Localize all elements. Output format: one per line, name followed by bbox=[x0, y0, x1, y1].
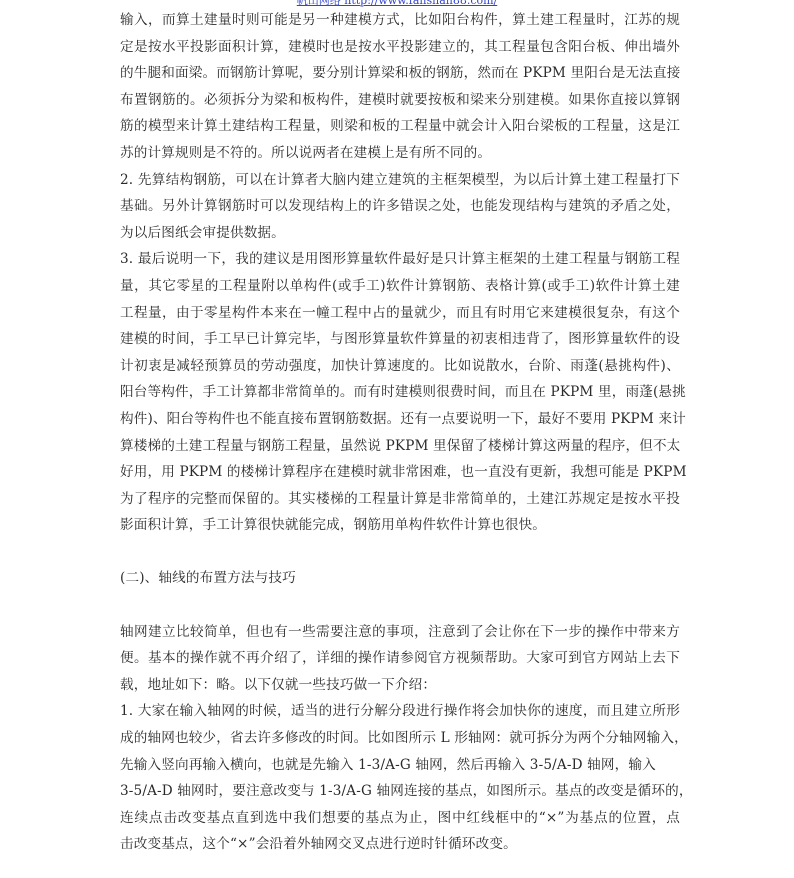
paragraph-point-3: 3. 最后说明一下，我的建议是用图形算量软件最好是只计算主框架的土建工程量与钢筋… bbox=[120, 246, 680, 539]
text-line: 的牛腿和面梁。而钢筋计算呢，要分别计算梁和板的钢筋，然而在 PKPM 里阳台是无… bbox=[120, 60, 680, 87]
section-heading: (二)、轴线的布置方法与技巧 bbox=[120, 565, 680, 592]
text-line: 输入，而算土建量时则可能是另一种建模方式，比如阳台构件，算土建工程量时，江苏的规 bbox=[120, 7, 680, 34]
text-line: 影面积计算，手工计算很快就能完成，钢筋用单构件软件计算也很快。 bbox=[120, 512, 680, 539]
text-line: 计初衷是减轻预算员的劳动强度，加快计算速度的。比如说散水，台阶、雨蓬(悬挑构件)… bbox=[120, 353, 680, 380]
text-line: 建模的时间，手工早已计算完毕，与图形算量软件算量的初衷相违背了，图形算量软件的设 bbox=[120, 326, 680, 353]
text-line: 3. 最后说明一下，我的建议是用图形算量软件最好是只计算主框架的土建工程量与钢筋… bbox=[120, 246, 680, 273]
text-line: 1. 大家在输入轴网的时候，适当的进行分解分段进行操作将会加快你的速度，而且建立… bbox=[120, 698, 680, 725]
text-line: 击改变基点，这个“×”会沿着外轴网交叉点进行逆时针循环改变。 bbox=[120, 831, 680, 858]
paragraph-axis-tip-1: 1. 大家在输入轴网的时候，适当的进行分解分段进行操作将会加快你的速度，而且建立… bbox=[120, 698, 680, 858]
text-line: 定是按水平投影面积计算，建模时也是按水平投影建立的，其工程量包含阳台板、伸出墙外 bbox=[120, 34, 680, 61]
text-line: 先输入竖向再输入横向，也就是先输入 1-3/A-G 轴网，然后再输入 3-5/A… bbox=[120, 752, 680, 779]
text-line: 构件)、阳台等构件也不能直接布置钢筋数据。还有一点要说明一下，最好不要用 PKP… bbox=[120, 406, 680, 433]
text-line: 布置钢筋的。必须拆分为梁和板构件，建模时就要按板和梁来分别建模。如果你直接以算钢 bbox=[120, 87, 680, 114]
text-line: 连续点击改变基点直到选中我们想要的基点为止，图中红线框中的“×”为基点的位置，点 bbox=[120, 805, 680, 832]
text-line: 阳台等构件，手工计算都非常简单的。而有时建模则很费时间，而且在 PKPM 里，雨… bbox=[120, 379, 680, 406]
text-line: 为以后图纸会审提供数据。 bbox=[120, 220, 680, 247]
text-line: 筋的模型来计算土建结构工程量，则梁和板的工程量中就会计入阳台梁板的工程量，这是江 bbox=[120, 113, 680, 140]
document-body: 输入，而算土建量时则可能是另一种建模方式，比如阳台构件，算土建工程量时，江苏的规… bbox=[120, 7, 680, 858]
text-line: 苏的计算规则是不符的。所以说两者在建模上是有所不同的。 bbox=[120, 140, 680, 167]
text-line: 工程量，由于零星构件本来在一幢工程中占的量就少，而且有时用它来建模很复杂，有这个 bbox=[120, 300, 680, 327]
text-line: 3-5/A-D 轴网时，要注意改变与 1-3/A-G 轴网连接的基点，如图所示。… bbox=[120, 778, 680, 805]
text-line: 便。基本的操作就不再介绍了，详细的操作请参阅官方视频帮助。大家可到官方网站上去下 bbox=[120, 645, 680, 672]
text-line: 轴网建立比较简单，但也有一些需要注意的事项，注意到了会让你在下一步的操作中带来方 bbox=[120, 619, 680, 646]
text-line: 量，其它零星的工程量附以单构件(或手工)软件计算钢筋、表格计算(或手工)软件计算… bbox=[120, 273, 680, 300]
text-line: 算楼梯的土建工程量与钢筋工程量，虽然说 PKPM 里保留了楼梯计算这两量的程序，… bbox=[120, 433, 680, 460]
spacer bbox=[120, 539, 680, 566]
text-line: 成的轴网也较少，省去许多修改的时间。比如图所示 L 形轴网：就可拆分为两个分轴网… bbox=[120, 725, 680, 752]
text-line: 好用，用 PKPM 的楼梯计算程序在建模时就非常困难，也一直没有更新，我想可能是… bbox=[120, 459, 680, 486]
paragraph-axis-intro: 轴网建立比较简单，但也有一些需要注意的事项，注意到了会让你在下一步的操作中带来方… bbox=[120, 619, 680, 699]
paragraph-balcony-modeling: 输入，而算土建量时则可能是另一种建模方式，比如阳台构件，算土建工程量时，江苏的规… bbox=[120, 7, 680, 167]
text-line: 为了程序的完整而保留的。其实楼梯的工程量计算是非常简单的，土建江苏规定是按水平投 bbox=[120, 486, 680, 513]
text-line: 2. 先算结构钢筋，可以在计算者大脑内建立建筑的主框架模型，为以后计算土建工程量… bbox=[120, 167, 680, 194]
text-line: 基础。另外计算钢筋时可以发现结构上的许多错误之处，也能发现结构与建筑的矛盾之处， bbox=[120, 193, 680, 220]
paragraph-point-2: 2. 先算结构钢筋，可以在计算者大脑内建立建筑的主框架模型，为以后计算土建工程量… bbox=[120, 167, 680, 247]
spacer bbox=[120, 592, 680, 619]
text-line: 载，地址如下：略。以下仅就一些技巧做一下介绍： bbox=[120, 672, 680, 699]
